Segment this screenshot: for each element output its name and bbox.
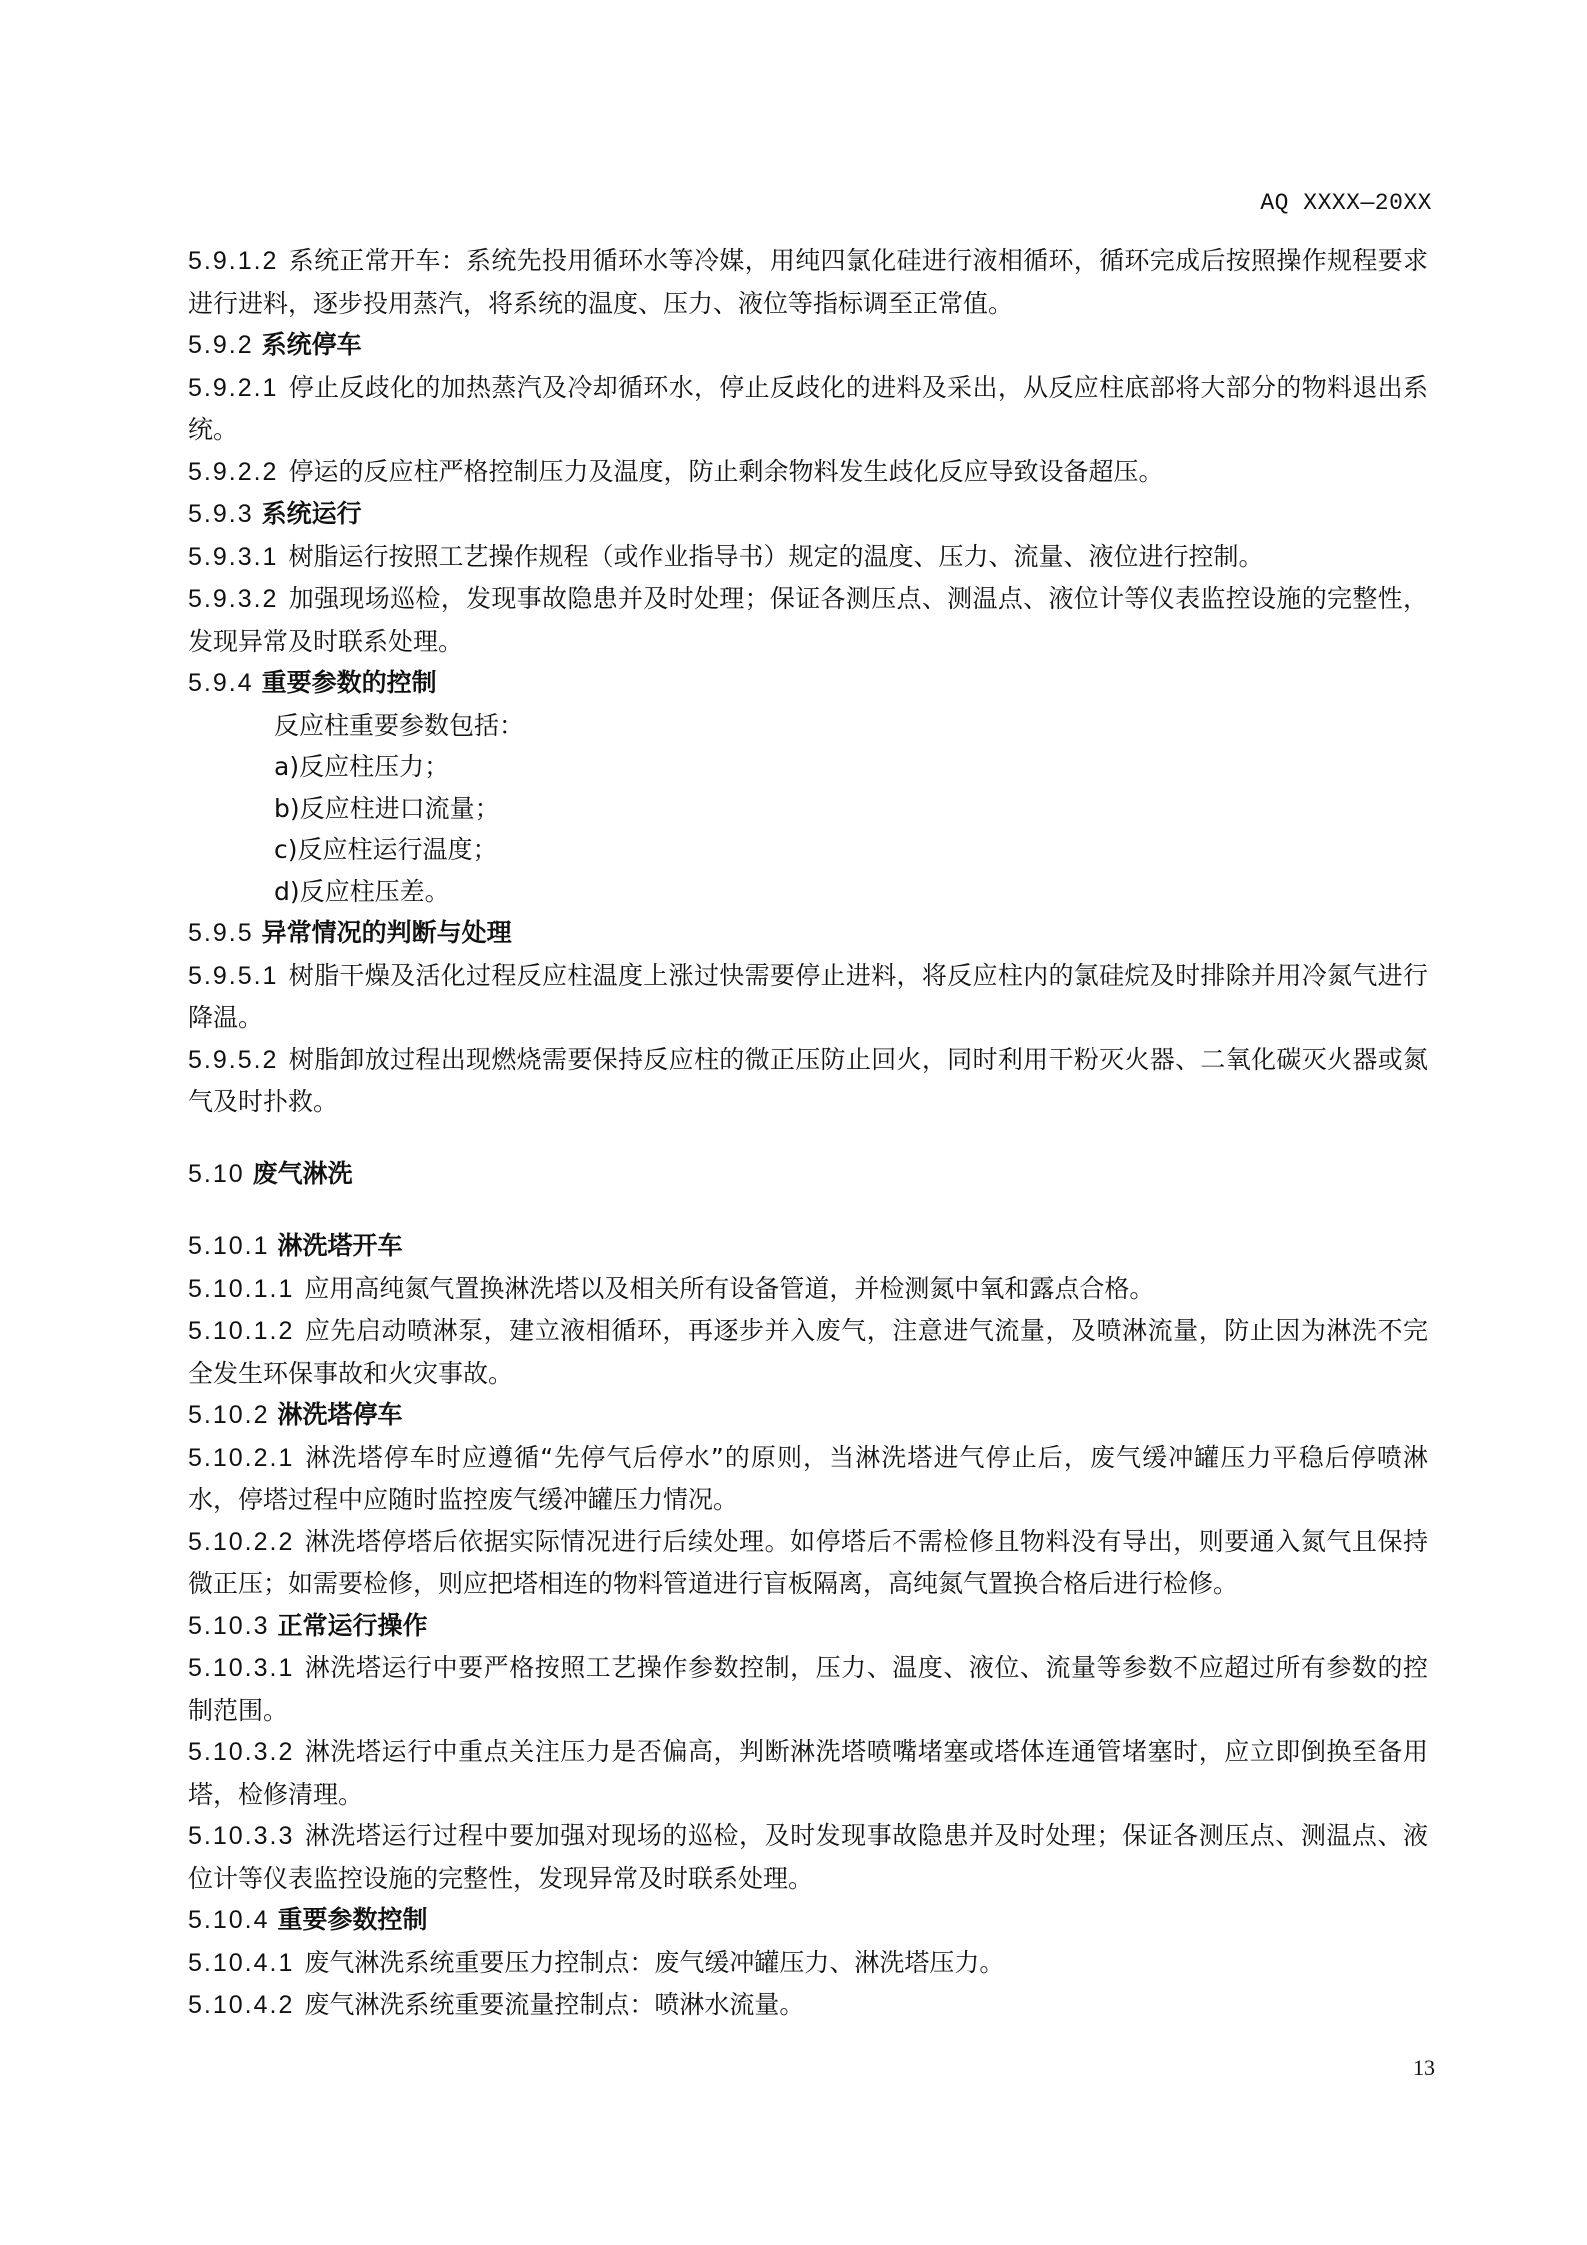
heading-number: 5.9.3 (188, 500, 254, 528)
heading-text: 废气淋洗 (253, 1159, 353, 1188)
clause-5-10-1-2: 5.10.1.2应先启动喷淋泵，建立液相循环，再逐步并入废气，注意进气流量，及喷… (188, 1310, 1428, 1394)
clause-5-10-4-2: 5.10.4.2废气淋洗系统重要流量控制点：喷淋水流量。 (188, 1984, 1428, 2027)
clause-text: 淋洗塔运行中要严格按照工艺操作参数控制，压力、温度、液位、流量等参数不应超过所有… (188, 1653, 1428, 1725)
heading-5-9-4: 5.9.4重要参数的控制 (188, 662, 1428, 705)
parameter-item-c: c)反应柱运行温度； (188, 829, 1428, 871)
clause-number: 5.10.1.2 (188, 1317, 294, 1345)
heading-number: 5.9.4 (188, 669, 254, 697)
clause-5-10-3-2: 5.10.3.2淋洗塔运行中重点关注压力是否偏高，判断淋洗塔喷嘴堵塞或塔体连通管… (188, 1731, 1428, 1815)
clause-5-10-3-3: 5.10.3.3淋洗塔运行过程中要加强对现场的巡检，及时发现事故隐患并及时处理；… (188, 1815, 1428, 1899)
document-body: 5.9.1.2系统正常开车：系统先投用循环水等冷媒，用纯四氯化硅进行液相循环，循… (188, 240, 1428, 2027)
clause-number: 5.10.3.2 (188, 1738, 294, 1766)
clause-text: 应先启动喷淋泵，建立液相循环，再逐步并入废气，注意进气流量，及喷淋流量，防止因为… (188, 1316, 1428, 1388)
clause-5-9-2-2: 5.9.2.2停运的反应柱严格控制压力及温度，防止剩余物料发生歧化反应导致设备超… (188, 451, 1428, 494)
heading-5-9-3: 5.9.3系统运行 (188, 493, 1428, 536)
clause-text: 树脂运行按照工艺操作规程（或作业指导书）规定的温度、压力、流量、液位进行控制。 (288, 542, 1263, 571)
document-code-header: AQ XXXX—20XX (1260, 190, 1432, 216)
clause-number: 5.10.2.1 (188, 1444, 294, 1472)
heading-number: 5.9.5 (188, 919, 254, 947)
heading-number: 5.10 (188, 1160, 245, 1188)
clause-number: 5.9.3.1 (188, 543, 278, 571)
section-spacer (188, 1195, 1428, 1225)
clause-number: 5.9.1.2 (188, 247, 278, 275)
clause-number: 5.9.3.2 (188, 585, 278, 613)
heading-text: 淋洗塔开车 (278, 1231, 403, 1260)
clause-text: 淋洗塔运行过程中要加强对现场的巡检，及时发现事故隐患并及时处理；保证各测压点、测… (188, 1821, 1428, 1893)
heading-5-10: 5.10废气淋洗 (188, 1153, 1428, 1196)
clause-text: 加强现场巡检，发现事故隐患并及时处理；保证各测压点、测温点、液位计等仪表监控设施… (188, 584, 1428, 656)
clause-text: 树脂干燥及活化过程反应柱温度上涨过快需要停止进料，将反应柱内的氯硅烷及时排除并用… (188, 961, 1428, 1033)
clause-number: 5.10.4.2 (188, 1991, 294, 2019)
clause-text: 停止反歧化的加热蒸汽及冷却循环水，停止反歧化的进料及采出，从反应柱底部将大部分的… (188, 373, 1428, 445)
clause-number: 5.10.3.1 (188, 1654, 294, 1682)
clause-text: 废气淋洗系统重要流量控制点：喷淋水流量。 (304, 1990, 804, 2019)
clause-text: 树脂卸放过程出现燃烧需要保持反应柱的微正压防止回火，同时利用干粉灭火器、二氧化碳… (188, 1045, 1428, 1117)
heading-5-9-5: 5.9.5异常情况的判断与处理 (188, 912, 1428, 955)
clause-number: 5.10.4.1 (188, 1949, 294, 1977)
clause-number: 5.10.2.2 (188, 1528, 294, 1556)
heading-5-9-2: 5.9.2系统停车 (188, 324, 1428, 367)
heading-text: 淋洗塔停车 (278, 1400, 403, 1429)
heading-text: 系统运行 (262, 499, 362, 528)
clause-number: 5.10.3.3 (188, 1822, 294, 1850)
heading-text: 重要参数的控制 (262, 668, 437, 697)
heading-5-10-2: 5.10.2淋洗塔停车 (188, 1394, 1428, 1437)
clause-5-10-1-1: 5.10.1.1应用高纯氮气置换淋洗塔以及相关所有设备管道，并检测氮中氧和露点合… (188, 1268, 1428, 1311)
clause-number: 5.10.1.1 (188, 1275, 294, 1303)
clause-5-9-2-1: 5.9.2.1停止反歧化的加热蒸汽及冷却循环水，停止反歧化的进料及采出，从反应柱… (188, 367, 1428, 451)
section-spacer (188, 1123, 1428, 1153)
clause-number: 5.9.2.2 (188, 458, 278, 486)
clause-text: 淋洗塔运行中重点关注压力是否偏高，判断淋洗塔喷嘴堵塞或塔体连通管堵塞时，应立即倒… (188, 1737, 1428, 1809)
clause-5-10-4-1: 5.10.4.1废气淋洗系统重要压力控制点：废气缓冲罐压力、淋洗塔压力。 (188, 1942, 1428, 1985)
clause-5-10-2-2: 5.10.2.2淋洗塔停塔后依据实际情况进行后续处理。如停塔后不需检修且物料没有… (188, 1521, 1428, 1605)
clause-number: 5.9.2.1 (188, 374, 278, 402)
heading-5-10-4: 5.10.4重要参数控制 (188, 1899, 1428, 1942)
heading-5-10-1: 5.10.1淋洗塔开车 (188, 1225, 1428, 1268)
heading-text: 重要参数控制 (278, 1905, 428, 1934)
heading-text: 异常情况的判断与处理 (262, 918, 512, 947)
parameter-item-d: d)反应柱压差。 (188, 871, 1428, 913)
heading-number: 5.10.1 (188, 1232, 270, 1260)
clause-text: 废气淋洗系统重要压力控制点：废气缓冲罐压力、淋洗塔压力。 (304, 1948, 1004, 1977)
clause-5-9-5-2: 5.9.5.2树脂卸放过程出现燃烧需要保持反应柱的微正压防止回火，同时利用干粉灭… (188, 1039, 1428, 1123)
clause-number: 5.9.5.1 (188, 962, 278, 990)
clause-5-10-3-1: 5.10.3.1淋洗塔运行中要严格按照工艺操作参数控制，压力、温度、液位、流量等… (188, 1647, 1428, 1731)
clause-text: 淋洗塔停车时应遵循“先停气后停水”的原则，当淋洗塔进气停止后，废气缓冲罐压力平稳… (188, 1443, 1428, 1515)
clause-5-9-1-2: 5.9.1.2系统正常开车：系统先投用循环水等冷媒，用纯四氯化硅进行液相循环，循… (188, 240, 1428, 324)
heading-text: 正常运行操作 (278, 1611, 428, 1640)
heading-number: 5.10.3 (188, 1612, 270, 1640)
parameter-item-a: a)反应柱压力； (188, 746, 1428, 788)
clause-text: 应用高纯氮气置换淋洗塔以及相关所有设备管道，并检测氮中氧和露点合格。 (304, 1274, 1154, 1303)
heading-text: 系统停车 (262, 330, 362, 359)
clause-5-9-3-2: 5.9.3.2加强现场巡检，发现事故隐患并及时处理；保证各测压点、测温点、液位计… (188, 578, 1428, 662)
clause-text: 淋洗塔停塔后依据实际情况进行后续处理。如停塔后不需检修且物料没有导出，则要通入氮… (188, 1527, 1428, 1599)
page-number: 13 (1413, 2055, 1435, 2081)
parameter-item-b: b)反应柱进口流量； (188, 788, 1428, 830)
heading-5-10-3: 5.10.3正常运行操作 (188, 1605, 1428, 1648)
clause-number: 5.9.5.2 (188, 1046, 278, 1074)
clause-text: 停运的反应柱严格控制压力及温度，防止剩余物料发生歧化反应导致设备超压。 (288, 457, 1163, 486)
heading-number: 5.9.2 (188, 331, 254, 359)
clause-5-9-3-1: 5.9.3.1树脂运行按照工艺操作规程（或作业指导书）规定的温度、压力、流量、液… (188, 536, 1428, 579)
parameter-intro: 反应柱重要参数包括： (188, 705, 1428, 747)
heading-number: 5.10.4 (188, 1906, 270, 1934)
clause-5-9-5-1: 5.9.5.1树脂干燥及活化过程反应柱温度上涨过快需要停止进料，将反应柱内的氯硅… (188, 955, 1428, 1039)
heading-number: 5.10.2 (188, 1401, 270, 1429)
clause-5-10-2-1: 5.10.2.1淋洗塔停车时应遵循“先停气后停水”的原则，当淋洗塔进气停止后，废… (188, 1437, 1428, 1521)
clause-text: 系统正常开车：系统先投用循环水等冷媒，用纯四氯化硅进行液相循环，循环完成后按照操… (188, 246, 1428, 318)
